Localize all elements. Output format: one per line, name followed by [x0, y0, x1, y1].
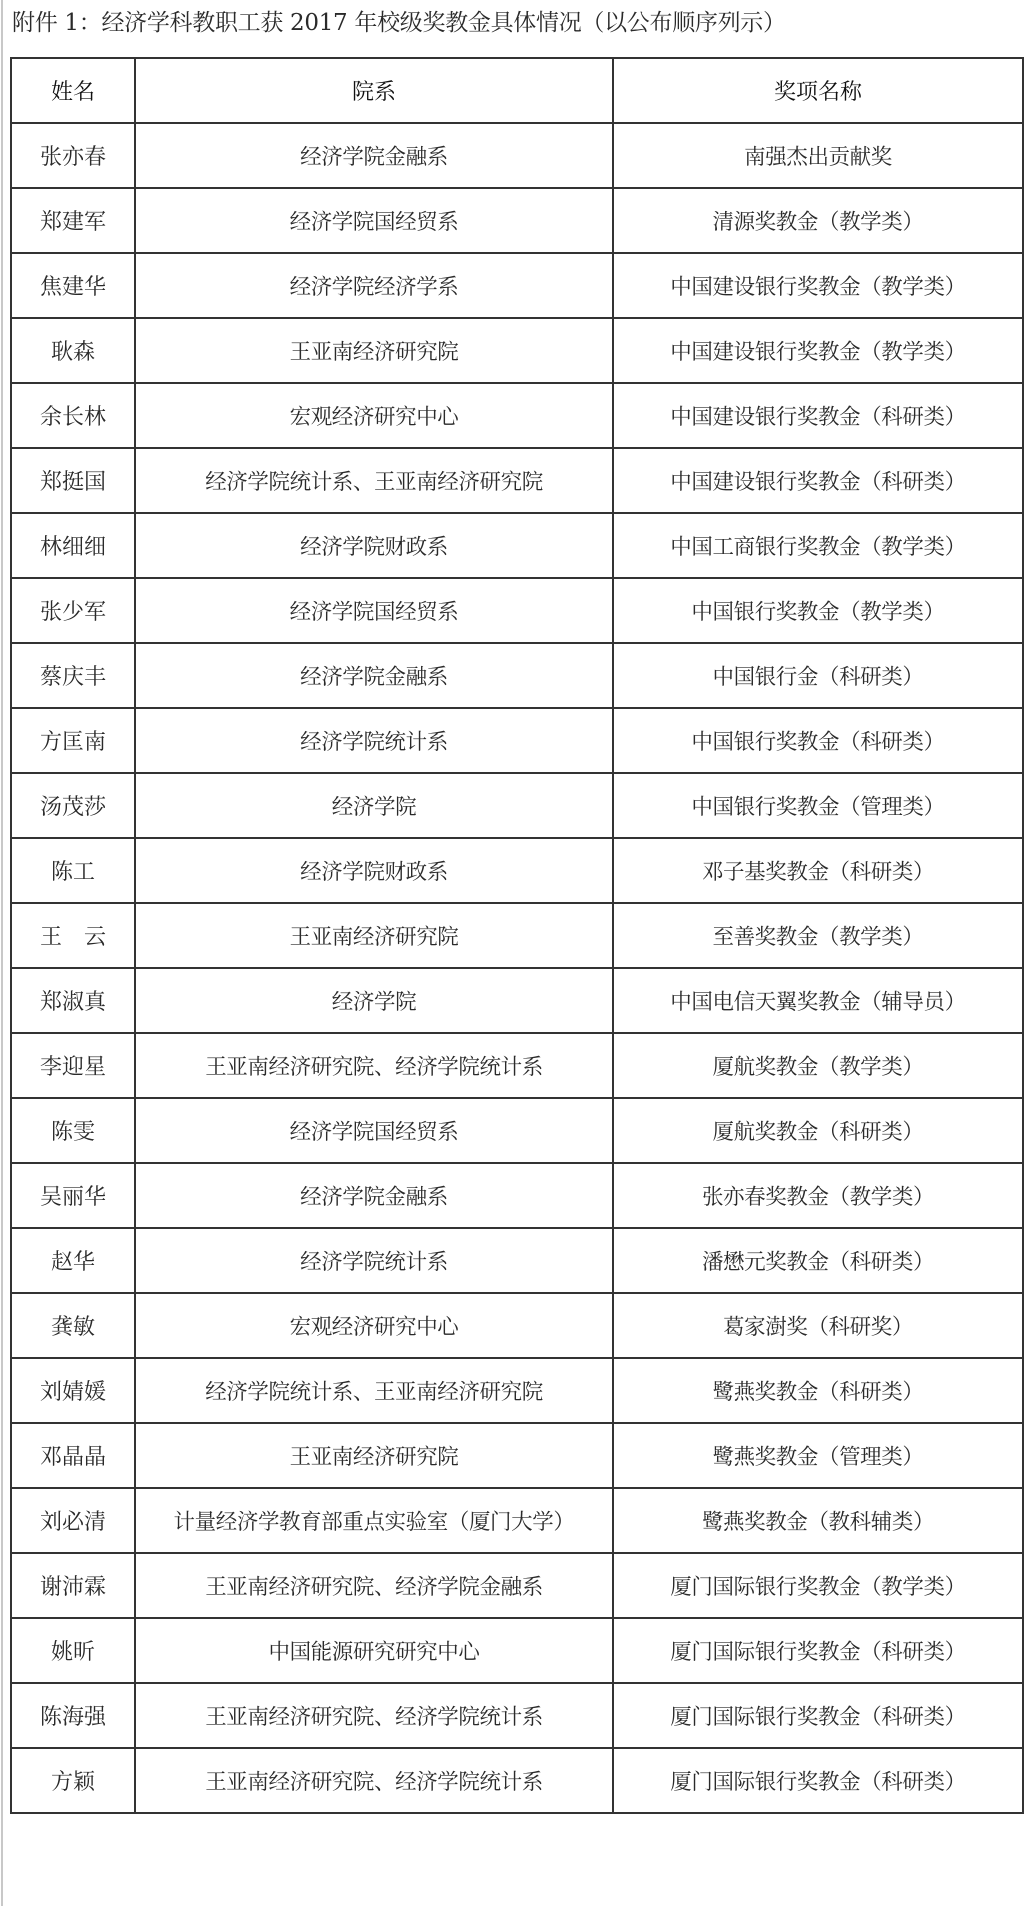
cell-award: 厦门国际银行奖教金（科研类）	[613, 1618, 1023, 1683]
cell-name: 郑淑真	[11, 968, 135, 1033]
cell-award: 鹭燕奖教金（教科辅类）	[613, 1488, 1023, 1553]
cell-department: 经济学院统计系、王亚南经济研究院	[135, 448, 613, 513]
awards-table: 姓名 院系 奖项名称 张亦春经济学院金融系南强杰出贡献奖郑建军经济学院国经贸系清…	[10, 57, 1024, 1814]
header-department: 院系	[135, 58, 613, 123]
cell-department: 计量经济学教育部重点实验室（厦门大学）	[135, 1488, 613, 1553]
cell-award: 中国银行奖教金（教学类）	[613, 578, 1023, 643]
cell-name: 张少军	[11, 578, 135, 643]
cell-award: 中国建设银行奖教金（教学类）	[613, 253, 1023, 318]
table-row: 刘婧媛经济学院统计系、王亚南经济研究院鹭燕奖教金（科研类）	[11, 1358, 1023, 1423]
cell-department: 经济学院经济学系	[135, 253, 613, 318]
cell-award: 中国建设银行奖教金（科研类）	[613, 448, 1023, 513]
cell-name: 刘必清	[11, 1488, 135, 1553]
cell-name: 王 云	[11, 903, 135, 968]
cell-award: 中国银行奖教金（科研类）	[613, 708, 1023, 773]
table-row: 李迎星王亚南经济研究院、经济学院统计系厦航奖教金（教学类）	[11, 1033, 1023, 1098]
table-row: 刘必清计量经济学教育部重点实验室（厦门大学）鹭燕奖教金（教科辅类）	[11, 1488, 1023, 1553]
cell-name: 李迎星	[11, 1033, 135, 1098]
cell-award: 厦航奖教金（科研类）	[613, 1098, 1023, 1163]
cell-award: 厦航奖教金（教学类）	[613, 1033, 1023, 1098]
cell-award: 潘懋元奖教金（科研类）	[613, 1228, 1023, 1293]
cell-name: 谢沛霖	[11, 1553, 135, 1618]
table-row: 王 云王亚南经济研究院至善奖教金（教学类）	[11, 903, 1023, 968]
table-row: 吴丽华经济学院金融系张亦春奖教金（教学类）	[11, 1163, 1023, 1228]
page-edge-rule	[1, 0, 3, 1906]
table-row: 耿森王亚南经济研究院中国建设银行奖教金（教学类）	[11, 318, 1023, 383]
table-header-row: 姓名 院系 奖项名称	[11, 58, 1023, 123]
table-row: 陈雯经济学院国经贸系厦航奖教金（科研类）	[11, 1098, 1023, 1163]
cell-award: 中国建设银行奖教金（教学类）	[613, 318, 1023, 383]
table-row: 焦建华经济学院经济学系中国建设银行奖教金（教学类）	[11, 253, 1023, 318]
cell-name: 焦建华	[11, 253, 135, 318]
cell-name: 刘婧媛	[11, 1358, 135, 1423]
table-row: 方颖王亚南经济研究院、经济学院统计系厦门国际银行奖教金（科研类）	[11, 1748, 1023, 1813]
cell-name: 赵华	[11, 1228, 135, 1293]
cell-award: 厦门国际银行奖教金（科研类）	[613, 1748, 1023, 1813]
table-row: 陈海强王亚南经济研究院、经济学院统计系厦门国际银行奖教金（科研类）	[11, 1683, 1023, 1748]
table-row: 姚昕中国能源研究研究中心厦门国际银行奖教金（科研类）	[11, 1618, 1023, 1683]
cell-name: 汤茂莎	[11, 773, 135, 838]
header-name: 姓名	[11, 58, 135, 123]
cell-award: 鹭燕奖教金（管理类）	[613, 1423, 1023, 1488]
cell-name: 方颖	[11, 1748, 135, 1813]
cell-department: 王亚南经济研究院、经济学院统计系	[135, 1033, 613, 1098]
table-row: 郑淑真经济学院中国电信天翼奖教金（辅导员）	[11, 968, 1023, 1033]
cell-name: 耿森	[11, 318, 135, 383]
cell-award: 厦门国际银行奖教金（教学类）	[613, 1553, 1023, 1618]
cell-name: 郑挺国	[11, 448, 135, 513]
cell-department: 经济学院金融系	[135, 1163, 613, 1228]
cell-name: 陈海强	[11, 1683, 135, 1748]
cell-department: 经济学院国经贸系	[135, 1098, 613, 1163]
cell-department: 经济学院财政系	[135, 513, 613, 578]
cell-department: 经济学院国经贸系	[135, 188, 613, 253]
table-row: 陈工经济学院财政系邓子基奖教金（科研类）	[11, 838, 1023, 903]
document-title: 附件 1：经济学科教职工获 2017 年校级奖教金具体情况（以公布顺序列示）	[12, 6, 786, 40]
cell-award: 中国银行奖教金（管理类）	[613, 773, 1023, 838]
cell-department: 经济学院统计系	[135, 1228, 613, 1293]
table-row: 林细细经济学院财政系中国工商银行奖教金（教学类）	[11, 513, 1023, 578]
cell-department: 宏观经济研究中心	[135, 1293, 613, 1358]
table-row: 张少军经济学院国经贸系中国银行奖教金（教学类）	[11, 578, 1023, 643]
cell-department: 经济学院金融系	[135, 123, 613, 188]
table-row: 蔡庆丰经济学院金融系中国银行金（科研类）	[11, 643, 1023, 708]
table-row: 郑建军经济学院国经贸系清源奖教金（教学类）	[11, 188, 1023, 253]
cell-name: 郑建军	[11, 188, 135, 253]
cell-department: 中国能源研究研究中心	[135, 1618, 613, 1683]
cell-department: 经济学院国经贸系	[135, 578, 613, 643]
cell-name: 陈工	[11, 838, 135, 903]
cell-department: 经济学院统计系、王亚南经济研究院	[135, 1358, 613, 1423]
cell-award: 南强杰出贡献奖	[613, 123, 1023, 188]
cell-award: 清源奖教金（教学类）	[613, 188, 1023, 253]
cell-department: 经济学院	[135, 773, 613, 838]
cell-department: 经济学院	[135, 968, 613, 1033]
table-row: 谢沛霖王亚南经济研究院、经济学院金融系厦门国际银行奖教金（教学类）	[11, 1553, 1023, 1618]
cell-name: 蔡庆丰	[11, 643, 135, 708]
table-row: 张亦春经济学院金融系南强杰出贡献奖	[11, 123, 1023, 188]
cell-name: 陈雯	[11, 1098, 135, 1163]
table-row: 余长林宏观经济研究中心中国建设银行奖教金（科研类）	[11, 383, 1023, 448]
cell-award: 厦门国际银行奖教金（科研类）	[613, 1683, 1023, 1748]
cell-name: 余长林	[11, 383, 135, 448]
cell-award: 中国银行金（科研类）	[613, 643, 1023, 708]
cell-department: 经济学院财政系	[135, 838, 613, 903]
table-row: 龚敏宏观经济研究中心葛家澍奖（科研奖）	[11, 1293, 1023, 1358]
header-award: 奖项名称	[613, 58, 1023, 123]
table-row: 汤茂莎经济学院中国银行奖教金（管理类）	[11, 773, 1023, 838]
table-row: 邓晶晶王亚南经济研究院鹭燕奖教金（管理类）	[11, 1423, 1023, 1488]
cell-name: 张亦春	[11, 123, 135, 188]
cell-award: 张亦春奖教金（教学类）	[613, 1163, 1023, 1228]
cell-department: 王亚南经济研究院	[135, 1423, 613, 1488]
cell-department: 王亚南经济研究院	[135, 903, 613, 968]
cell-department: 经济学院统计系	[135, 708, 613, 773]
cell-department: 经济学院金融系	[135, 643, 613, 708]
cell-department: 王亚南经济研究院	[135, 318, 613, 383]
cell-department: 王亚南经济研究院、经济学院统计系	[135, 1748, 613, 1813]
cell-award: 葛家澍奖（科研奖）	[613, 1293, 1023, 1358]
cell-department: 宏观经济研究中心	[135, 383, 613, 448]
cell-name: 方匡南	[11, 708, 135, 773]
cell-name: 姚昕	[11, 1618, 135, 1683]
table-row: 郑挺国经济学院统计系、王亚南经济研究院中国建设银行奖教金（科研类）	[11, 448, 1023, 513]
cell-award: 中国建设银行奖教金（科研类）	[613, 383, 1023, 448]
cell-name: 吴丽华	[11, 1163, 135, 1228]
cell-name: 龚敏	[11, 1293, 135, 1358]
cell-award: 中国工商银行奖教金（教学类）	[613, 513, 1023, 578]
table-row: 方匡南经济学院统计系中国银行奖教金（科研类）	[11, 708, 1023, 773]
cell-name: 邓晶晶	[11, 1423, 135, 1488]
cell-award: 邓子基奖教金（科研类）	[613, 838, 1023, 903]
cell-award: 至善奖教金（教学类）	[613, 903, 1023, 968]
cell-department: 王亚南经济研究院、经济学院金融系	[135, 1553, 613, 1618]
cell-award: 鹭燕奖教金（科研类）	[613, 1358, 1023, 1423]
cell-name: 林细细	[11, 513, 135, 578]
cell-department: 王亚南经济研究院、经济学院统计系	[135, 1683, 613, 1748]
table-row: 赵华经济学院统计系潘懋元奖教金（科研类）	[11, 1228, 1023, 1293]
cell-award: 中国电信天翼奖教金（辅导员）	[613, 968, 1023, 1033]
